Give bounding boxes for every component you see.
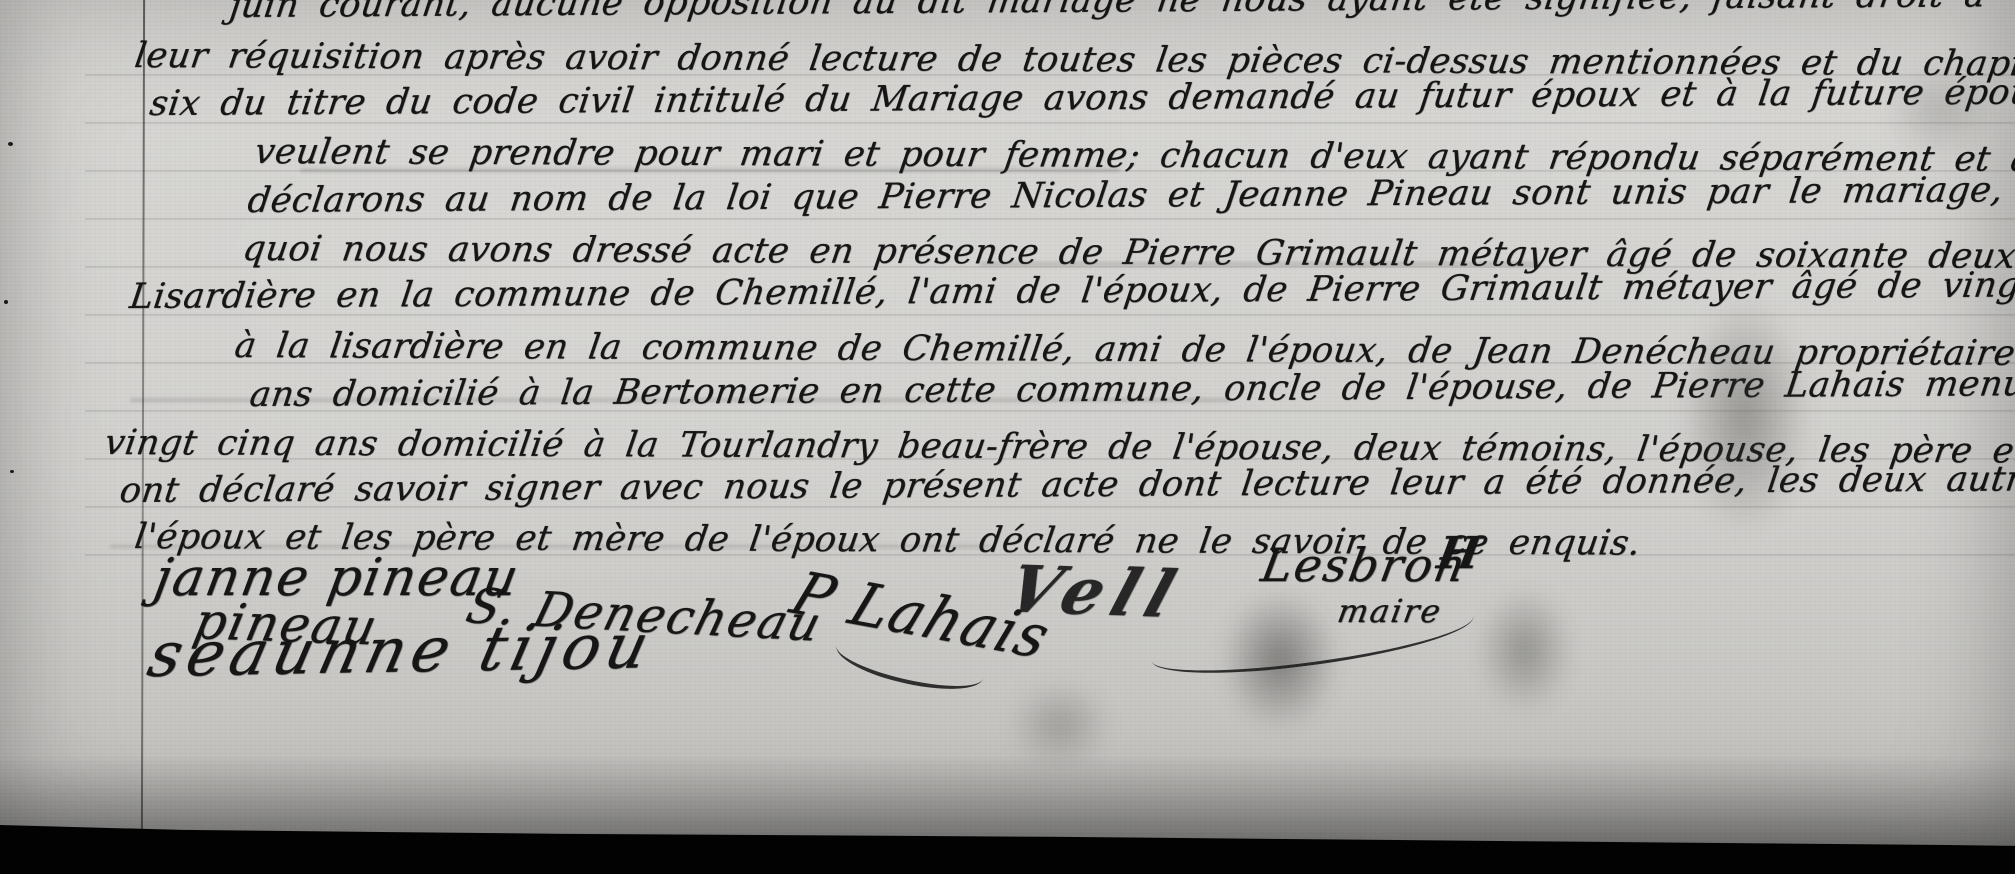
signature-illegible-flourish-left: seaunne tijou [142,609,662,691]
ink-stain [985,660,1135,790]
handwritten-line: Lisardière en la commune de Chemillé, l'… [127,263,2015,317]
ink-speck [10,470,14,473]
signature-lesbron-title-maire: maire [1335,592,1446,630]
margin-rule-line [141,0,145,838]
signature-paraph-mark: H [1434,528,1487,579]
handwritten-line: ont déclaré savoir signer avec nous le p… [117,458,2015,511]
handwritten-line: six du titre du code civil intitulé du M… [147,72,2015,124]
handwritten-line: juin courant, aucune opposition au dit m… [227,0,1988,26]
signature-illegible-flourish-right: Vell [998,552,1193,633]
document-scan: juin courant, aucune opposition au dit m… [0,0,2015,874]
ink-stain [1455,560,1595,740]
scan-edge-black-band [0,776,2015,874]
handwritten-line: déclarons au nom de la loi que Pierre Ni… [245,169,2015,221]
handwritten-line: ans domicilié à la Bertomerie en cette c… [247,363,2015,415]
ink-speck [4,300,8,304]
ink-speck [8,142,13,146]
